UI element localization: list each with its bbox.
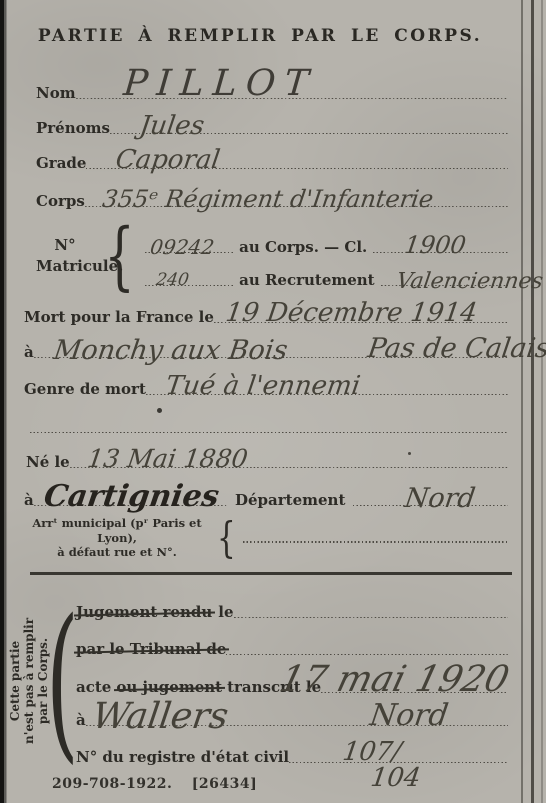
field-arrondissement: Arrᵗ municipal (pʳ Paris et Lyon), à déf… — [24, 518, 508, 558]
matricule-recrutement-number-line: 240 — [145, 284, 233, 286]
page-binding-line — [541, 0, 543, 803]
margin-note: Cette partie n'est pas à remplir par le … — [9, 606, 51, 756]
nom-label: Nom — [36, 86, 76, 102]
field-matricule: N° Matricule. { 09242 au Corps. — Cl. 19… — [36, 222, 508, 290]
prenoms-value: Jules — [138, 113, 206, 139]
stamp-ref: [26434] — [192, 776, 257, 792]
au-recrutement-label: au Recrutement — [239, 273, 375, 289]
mort-lieu-value: Monchy aux Bois — [52, 337, 289, 364]
field-prenoms: Prénoms Jules — [36, 107, 508, 137]
matricule-label: N° Matricule. — [36, 235, 94, 277]
tribunal-line — [226, 653, 508, 655]
mort-departement-value: Pas de Calais — [366, 335, 546, 362]
mort-lieu-line: Monchy aux Bois Pas de Calais — [34, 356, 508, 358]
field-corps: Corps 355ᵉ Régiment d'Infanterie — [36, 180, 508, 210]
tribunal-struck-label: par le Tribunal de — [76, 642, 226, 658]
jugement-line — [234, 616, 508, 618]
corps-line: 355ᵉ Régiment d'Infanterie — [85, 205, 508, 207]
matricule-label-line2: Matricule. — [36, 256, 94, 277]
au-corps-label: au Corps. — Cl. — [239, 240, 367, 256]
recrutement-place-line: Valenciennes — [381, 284, 508, 286]
mort-date-value: 19 Décembre 1914 — [224, 300, 479, 326]
classe-line: 1900 — [373, 251, 508, 253]
arrondissement-brace-icon: { — [217, 518, 236, 558]
matricule-corps-line: 09242 au Corps. — Cl. 1900 — [145, 223, 508, 256]
transcription-date-value: 17 mai 1920 — [276, 662, 512, 698]
ink-spot — [157, 408, 162, 413]
jugement-rest-label: le — [218, 605, 233, 621]
transcription-lieu-label: à — [76, 713, 86, 729]
field-genre-mort: Genre de mort Tué à l'ennemi — [24, 368, 508, 398]
genre-mort-value: Tué à l'ennemi — [164, 373, 362, 399]
section-divider — [30, 572, 512, 575]
ne-lieu-value: Cartignies — [42, 482, 221, 512]
transcription-struck-label: ou jugement — [116, 680, 222, 696]
form-title: PARTIE À REMPLIR PAR LE CORPS. — [0, 26, 520, 46]
prenoms-line: Jules — [110, 132, 508, 134]
arrondissement-label: Arrᵗ municipal (pʳ Paris et Lyon), à déf… — [24, 516, 210, 561]
blank-dotted-line — [30, 431, 508, 433]
stamp-code: 209-708-1922. — [52, 776, 172, 792]
transcription-pre-label: acte — [76, 680, 111, 696]
field-nom: Nom PILLOT — [36, 72, 508, 102]
grade-line: Caporal — [86, 167, 508, 169]
corps-value: 355ᵉ Régiment d'Infanterie — [101, 187, 435, 211]
ne-lieu-line: Cartignies — [34, 504, 227, 506]
page-binding-line — [521, 0, 523, 803]
matricule-recrutement-number: 240 — [155, 272, 190, 289]
matricule-corps-number-line: 09242 — [145, 251, 233, 253]
arrondissement-label-line2: à défaut rue et N°. — [24, 545, 210, 560]
matricule-recrutement-line: 240 au Recrutement Valenciennes — [145, 256, 508, 289]
corps-label: Corps — [36, 194, 85, 210]
jugement-struck-label: Jugement rendu — [76, 605, 212, 621]
ne-le-line: 13 Mai 1880 — [70, 466, 508, 468]
printer-stamp: 209-708-1922. [26434] — [52, 776, 271, 792]
field-tribunal: par le Tribunal de — [76, 628, 508, 658]
page-binding-line — [531, 0, 534, 803]
field-mort-lieu: à Monchy aux Bois Pas de Calais — [24, 331, 508, 361]
field-mort: Mort pour la France le 19 Décembre 1914 — [24, 296, 508, 326]
recrutement-place-value: Valenciennes — [395, 271, 544, 293]
classe-value: 1900 — [403, 233, 467, 257]
mort-line: 19 Décembre 1914 — [214, 321, 508, 323]
field-registre: N° du registre d'état civil 107/ 104 — [76, 736, 508, 766]
field-ne-le: Né le 13 Mai 1880 — [26, 441, 508, 471]
field-grade: Grade Caporal — [36, 142, 508, 172]
scan-edge-left — [0, 0, 7, 803]
matricule-lines: 09242 au Corps. — Cl. 1900 240 au Recrut… — [145, 223, 508, 289]
field-transcription-lieu: à Wallers Nord — [76, 699, 508, 729]
registre-value-bottom: 104 — [369, 765, 422, 791]
registre-line: 107/ 104 — [289, 761, 508, 763]
blank-continuation-line — [30, 406, 508, 436]
matricule-brace-icon: { — [104, 222, 135, 290]
genre-mort-line: Tué à l'ennemi — [146, 393, 508, 395]
arrondissement-label-line1: Arrᵗ municipal (pʳ Paris et Lyon), — [24, 516, 210, 546]
death-record-card: PARTIE À REMPLIR PAR LE CORPS. Nom PILLO… — [0, 0, 546, 803]
transcription-departement-value: Nord — [368, 701, 450, 731]
ne-departement-value: Nord — [403, 485, 477, 512]
field-jugement: Jugement rendu le — [76, 591, 508, 621]
transcription-lieu-value: Wallers — [90, 699, 230, 735]
matricule-corps-number: 09242 — [149, 237, 215, 257]
jugement-brace-icon: ( — [46, 597, 79, 765]
ne-departement-line: Nord — [353, 504, 508, 506]
ne-lieu-label: à — [24, 493, 34, 509]
prenoms-label: Prénoms — [36, 121, 110, 137]
nom-value: PILLOT — [122, 66, 319, 102]
ne-le-value: 13 Mai 1880 — [86, 446, 249, 471]
mort-label: Mort pour la France le — [24, 310, 214, 326]
genre-mort-label: Genre de mort — [24, 382, 146, 398]
nom-line: PILLOT — [76, 97, 508, 99]
mort-lieu-label: à — [24, 345, 34, 361]
grade-label: Grade — [36, 156, 86, 172]
departement-label: Département — [235, 493, 345, 509]
registre-value-top: 107/ — [341, 739, 403, 765]
arrondissement-line — [243, 541, 508, 543]
margin-note-line2: n'est pas à remplir — [23, 606, 37, 756]
ne-le-label: Né le — [26, 455, 70, 471]
registre-label: N° du registre d'état civil — [76, 750, 289, 766]
field-ne-lieu: à Cartignies Département Nord — [24, 479, 508, 509]
grade-value: Caporal — [114, 147, 222, 173]
field-transcription: acte ou jugement transcrit le 17 mai 192… — [76, 666, 508, 696]
matricule-label-line1: N° — [36, 235, 94, 256]
margin-note-line1: Cette partie — [9, 606, 23, 756]
